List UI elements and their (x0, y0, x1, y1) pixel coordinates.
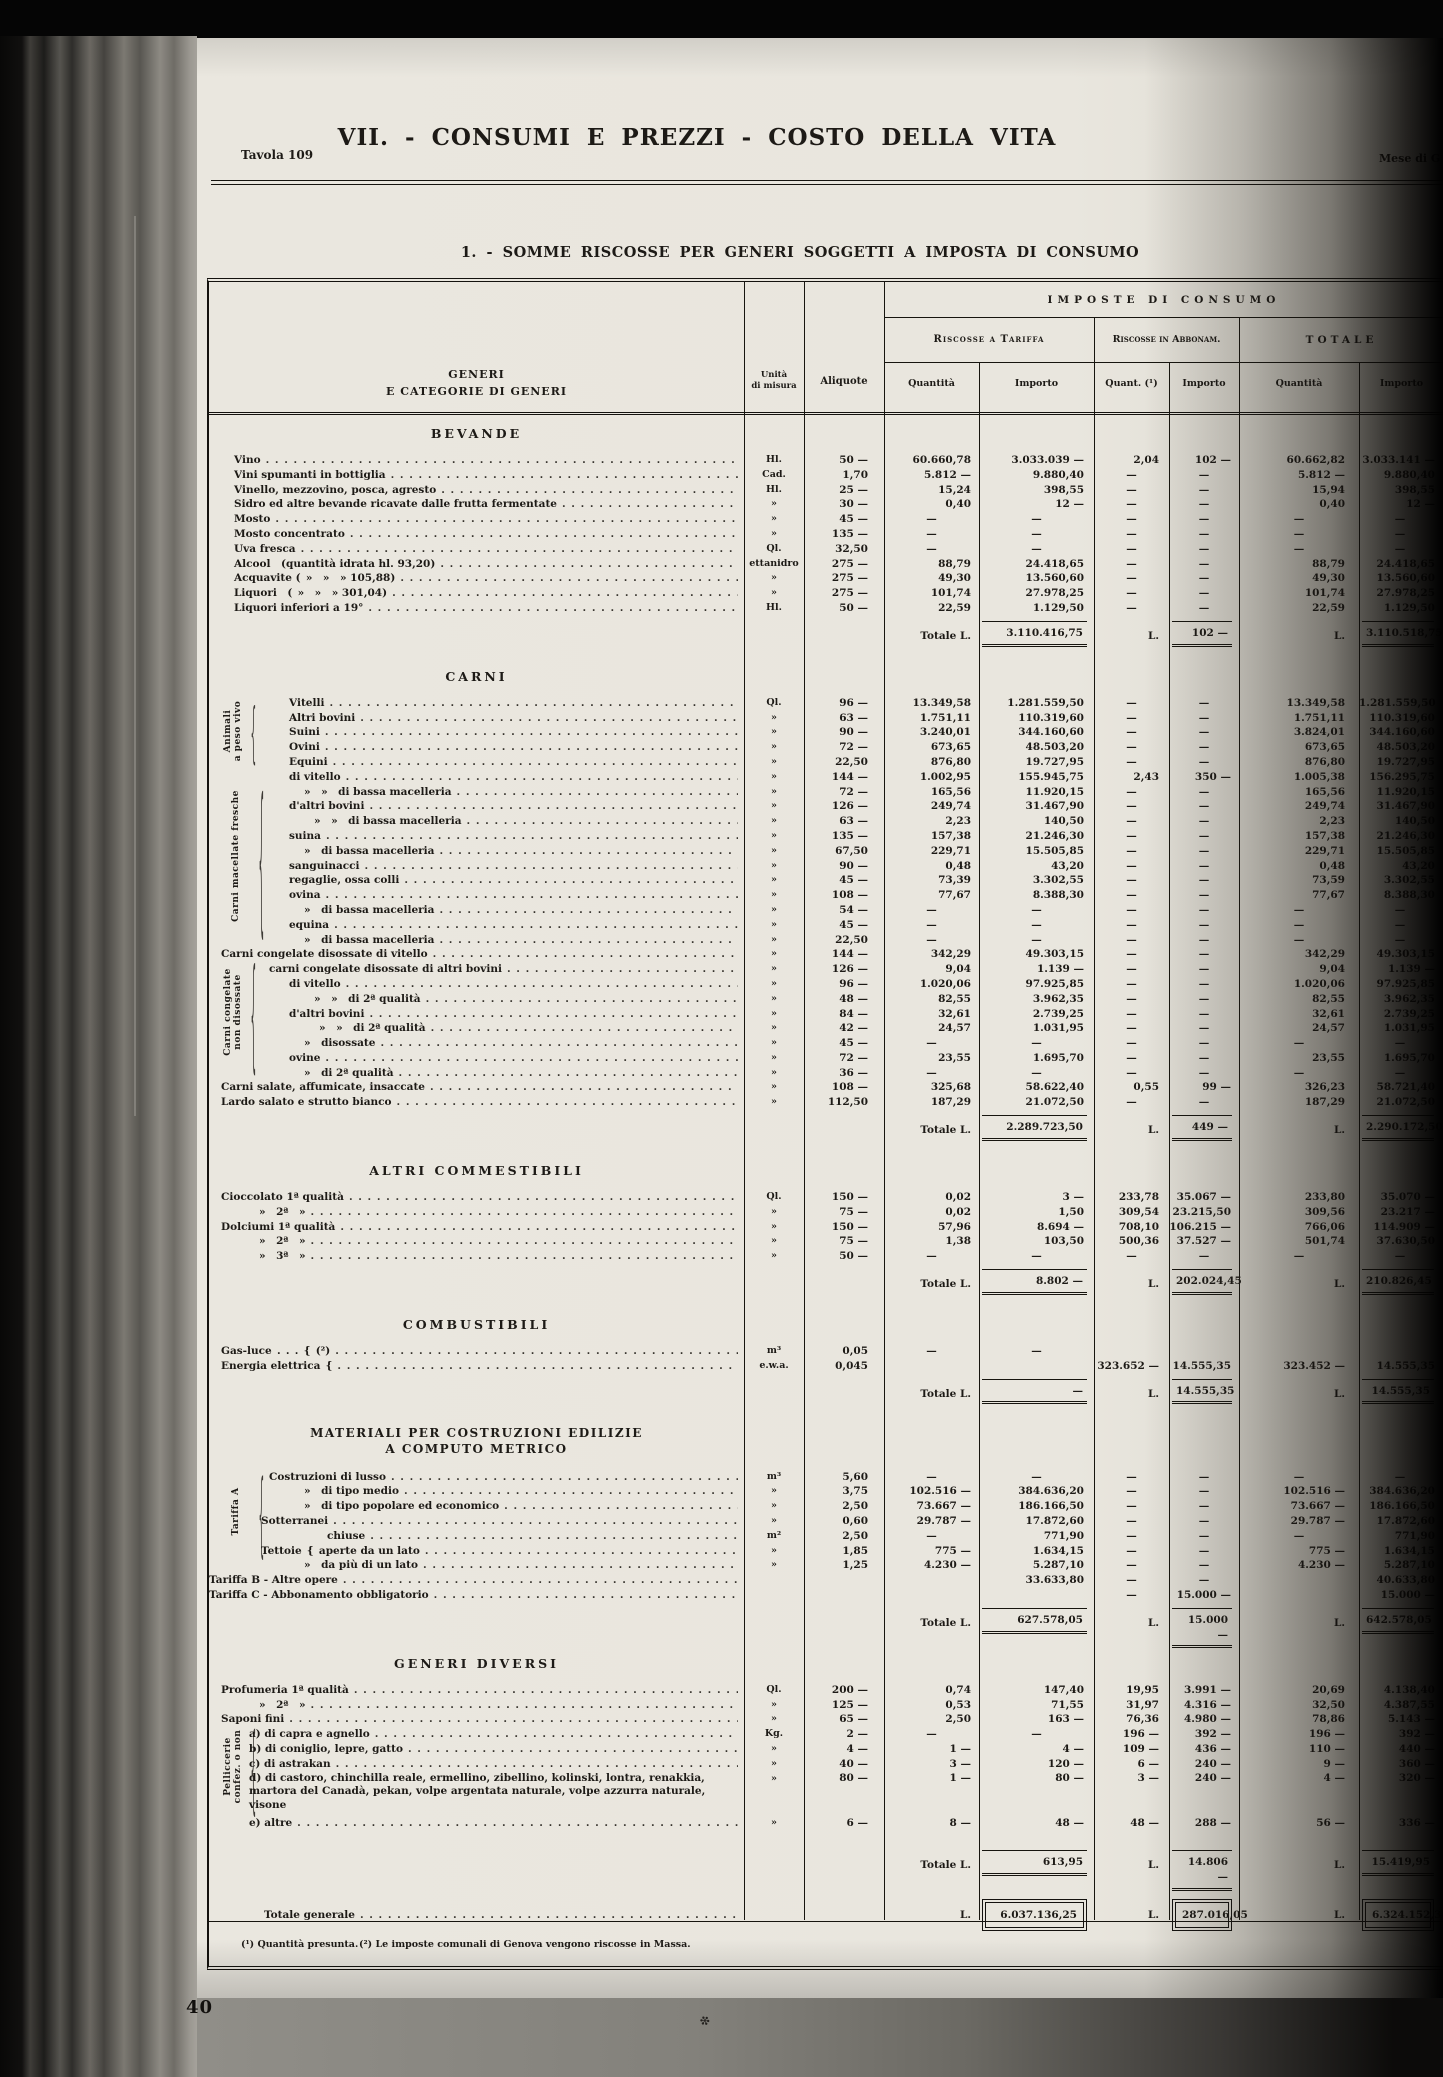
c: 29.787 — (884, 1514, 979, 1529)
c: — (884, 933, 979, 948)
table-row: » di 2ª qualità. . . . . . . . . . . . .… (209, 1066, 1443, 1081)
c: 3.962,35 (979, 992, 1094, 1007)
table-row: e) altre. . . . . . . . . . . . . . . . … (209, 1816, 1443, 1831)
c: » di bassa macelleria. . . . . . . . . .… (209, 903, 744, 918)
c: — (884, 918, 979, 933)
c: 0,48 (1239, 859, 1359, 874)
c: — (979, 512, 1094, 527)
c: 75 — (804, 1234, 884, 1249)
c: — (1169, 696, 1239, 711)
c: — (1359, 512, 1441, 527)
c: — (1169, 725, 1239, 740)
c: Alcool (quantità idrata hl. 93,20). . . … (209, 557, 744, 572)
c: — (1094, 527, 1169, 542)
group-brace: { (259, 760, 265, 954)
c: 144 — (804, 770, 884, 785)
c: 23,55 (1239, 1051, 1359, 1066)
c: 97.925,85 (979, 977, 1094, 992)
ldr: . . . . . . . . . . . . . . . . . . . . … (365, 859, 738, 874)
c: » 2ª ». . . . . . . . . . . . . . . . . … (209, 1698, 744, 1713)
c (884, 1573, 979, 1588)
c: 12 — (979, 497, 1094, 512)
c: 48 — (979, 1816, 1094, 1831)
table-row: Tariffa B - Altre opere. . . . . . . . .… (209, 1573, 1443, 1588)
c: 200 — (804, 1683, 884, 1698)
c: 73,59 (1239, 873, 1359, 888)
c: d'altri bovini. . . . . . . . . . . . . … (209, 799, 744, 814)
c: 876,80 (1239, 755, 1359, 770)
c: 15.419,95 (1359, 1850, 1441, 1876)
c: — (1169, 512, 1239, 527)
c: — (1169, 557, 1239, 572)
c: — (1094, 829, 1169, 844)
table-row: Carni congelate disossate di vitello. . … (209, 947, 1443, 962)
c: — (1169, 1249, 1239, 1264)
lt: Acquavite ( » » » 105,88) (234, 571, 395, 586)
table-row: Mosto. . . . . . . . . . . . . . . . . .… (209, 512, 1443, 527)
table-row: Alcool (quantità idrata hl. 93,20). . . … (209, 557, 1443, 572)
c: 19.727,95 (979, 755, 1094, 770)
c: » (744, 888, 804, 903)
c: 25 — (804, 483, 884, 498)
lt: » » di bassa macelleria (314, 814, 462, 829)
c: — (1169, 903, 1239, 918)
c: ovine. . . . . . . . . . . . . . . . . .… (209, 1051, 744, 1066)
table-row: d'altri bovini. . . . . . . . . . . . . … (209, 1007, 1443, 1022)
ldr: . . . . . . . . . . . . . . . . . . . . … (507, 962, 738, 977)
c: 72 — (804, 785, 884, 800)
c: Equini. . . . . . . . . . . . . . . . . … (209, 755, 744, 770)
lt: ovina (289, 888, 321, 903)
c: — (1169, 1573, 1239, 1588)
table-row: » da più di un lato. . . . . . . . . . .… (209, 1558, 1443, 1573)
lt: ovine (289, 1051, 320, 1066)
c: » (744, 1021, 804, 1036)
group-header-imposte: IMPOSTE DI CONSUMO (884, 294, 1443, 306)
c: 6.037.136,25 (979, 1900, 1094, 1928)
c: carni congelate disossate di altri bovin… (209, 962, 744, 977)
c: — (1169, 483, 1239, 498)
c: 33.633,80 (979, 1573, 1094, 1588)
lt: » di 2ª qualità (304, 1066, 394, 1081)
table-row: Tettoie { aperte da un lato. . . . . . .… (209, 1544, 1443, 1559)
c: » da più di un lato. . . . . . . . . . .… (209, 1558, 744, 1573)
c: — (1169, 1544, 1239, 1559)
subheader-quantita-tariffa: Quantità (884, 378, 979, 389)
table-row: di vitello. . . . . . . . . . . . . . . … (209, 977, 1443, 992)
c: 1.139 — (1359, 962, 1441, 977)
c: 5.143 — (1359, 1712, 1441, 1727)
table-row: » 2ª ». . . . . . . . . . . . . . . . . … (209, 1234, 1443, 1249)
c: — (1094, 918, 1169, 933)
gbox: 287.016,05 (1175, 1902, 1229, 1928)
c: 3.033.039 — (979, 453, 1094, 468)
c: 40 — (804, 1757, 884, 1772)
c: Totale L. (884, 621, 979, 644)
ldr: . . . . . . . . . . . . . . . . . . . . … (439, 933, 738, 948)
c: 9,04 (1239, 962, 1359, 977)
c: 73.667 — (1239, 1499, 1359, 1514)
c: — (1094, 1558, 1169, 1573)
c: 125 — (804, 1698, 884, 1713)
c: — (1094, 947, 1169, 962)
c: » » di bassa macelleria. . . . . . . . .… (209, 814, 744, 829)
c: Ql. (744, 542, 804, 557)
c: — (1169, 1470, 1239, 1485)
c: — (884, 512, 979, 527)
lt: Sotterranei (261, 1514, 328, 1529)
c: 27.978,25 (979, 586, 1094, 601)
group-brace: { (251, 1710, 257, 1825)
c: 32,50 (804, 542, 884, 557)
c: — (1169, 586, 1239, 601)
c: 240 — (1169, 1757, 1239, 1772)
table-row: Equini. . . . . . . . . . . . . . . . . … (209, 755, 1443, 770)
c: Tariffa C - Abbonamento obbligatorio. . … (209, 1588, 744, 1603)
c: — (1359, 1249, 1441, 1264)
c: 102 — (1169, 453, 1239, 468)
c: 72 — (804, 740, 884, 755)
c: — (1169, 740, 1239, 755)
c: 75 — (804, 1205, 884, 1220)
lt: Energia elettrica { (221, 1359, 332, 1374)
c: — (1094, 725, 1169, 740)
c: m² (744, 1529, 804, 1544)
c: 48.503,20 (1359, 740, 1441, 755)
c (1239, 1588, 1359, 1603)
c: — (1359, 527, 1441, 542)
ldr: . . . . . . . . . . . . . . . . . . . . … (441, 483, 738, 498)
lt: Liquori ( » » » 301,04) (234, 586, 387, 601)
c: — (1094, 755, 1169, 770)
c: Uva fresca. . . . . . . . . . . . . . . … (209, 542, 744, 557)
table-row: Dolciumi 1ª qualità. . . . . . . . . . .… (209, 1220, 1443, 1235)
c: 17.872,60 (1359, 1514, 1441, 1529)
ldr: . . . . . . . . . . . . . . . . . . . . … (301, 542, 738, 557)
c: — (1094, 1095, 1169, 1110)
c: 58.721,40 (1359, 1080, 1441, 1095)
c: 101,74 (1239, 586, 1359, 601)
table-row: Acquavite ( » » » 105,88). . . . . . . .… (209, 571, 1443, 586)
c: — (1359, 1036, 1441, 1051)
c: — (1094, 512, 1169, 527)
lt: » » di bassa macelleria (304, 785, 452, 800)
c: 48 — (1094, 1816, 1169, 1831)
c: 144 — (804, 947, 884, 962)
c: 22,50 (804, 755, 884, 770)
c: 287.016,05 (1169, 1900, 1239, 1928)
c: » (744, 1514, 804, 1529)
c: 49.303,15 (979, 947, 1094, 962)
c: — (1094, 586, 1169, 601)
lt: Vino (234, 453, 261, 468)
c: 6 — (1094, 1757, 1169, 1772)
c: 771,90 (979, 1529, 1094, 1544)
c: 80 — (804, 1772, 884, 1817)
c: — (1094, 1021, 1169, 1036)
c: 24.418,65 (1359, 557, 1441, 572)
c: 112,50 (804, 1095, 884, 1110)
c: 60.660,78 (884, 453, 979, 468)
group-brace: { (259, 1457, 265, 1567)
c: — (1094, 888, 1169, 903)
c: » (744, 903, 804, 918)
tbox: 202.024,45 (1172, 1269, 1232, 1295)
c: 57,96 (884, 1220, 979, 1235)
c: 20,69 (1239, 1683, 1359, 1698)
c: 156.295,75 (1359, 770, 1441, 785)
table-row: » » di bassa macelleria. . . . . . . . .… (209, 814, 1443, 829)
c: 0,40 (884, 497, 979, 512)
group-header-abbonam: Riscosse in Abbonam. (1094, 334, 1239, 345)
c: » (744, 1742, 804, 1757)
c: — (1094, 859, 1169, 874)
ldr: . . . . . . . . . . . . . . . . . . . . … (425, 1544, 738, 1559)
c: — (979, 918, 1094, 933)
c: » (744, 586, 804, 601)
lt: Vini spumanti in bottiglia (234, 468, 386, 483)
group-label: Carni congelatenon disossate (223, 945, 243, 1079)
ldr: . . . . . . . . . . . . . . . . . . . . … (397, 1095, 738, 1110)
c: 140,50 (979, 814, 1094, 829)
ldr: . . . . . . . . . . . . . . . . . . . . … (340, 1220, 738, 1235)
c: — (1239, 1036, 1359, 1051)
c: 3.824,01 (1239, 725, 1359, 740)
c: — (1094, 903, 1169, 918)
lt: » 3ª » (259, 1249, 306, 1264)
c: 37.630,50 (1359, 1234, 1441, 1249)
c: 15.505,85 (1359, 844, 1441, 859)
c: — (1169, 1066, 1239, 1081)
c: Totale L. (884, 1269, 979, 1292)
c (744, 1573, 804, 1588)
c: 3.962,35 (1359, 992, 1441, 1007)
section-total-row: Totale L.8.802 —L.202.024,45L.210.826,45 (209, 1264, 1443, 1306)
c: 80 — (979, 1772, 1094, 1817)
c: — (979, 1727, 1094, 1742)
c: 2,04 (1094, 453, 1169, 468)
c: 876,80 (884, 755, 979, 770)
ldr: . . . . . . . . . . . . . . . . . . . . … (289, 1712, 738, 1727)
stl: MATERIALI PER COSTRUZIONI EDILIZIE (209, 1425, 744, 1441)
c: 673,65 (1239, 740, 1359, 755)
c: — (1094, 1588, 1169, 1603)
c: 110.319,60 (1359, 711, 1441, 726)
c: 73.667 — (884, 1499, 979, 1514)
c: 3.991 — (1169, 1683, 1239, 1698)
c: Vitelli. . . . . . . . . . . . . . . . .… (209, 696, 744, 711)
section-total-row: Totale L.2.289.723,50L.449 —L.2.290.172,… (209, 1110, 1443, 1152)
c: » di bassa macelleria. . . . . . . . . .… (209, 844, 744, 859)
section-title: GENERI DIVERSI (209, 1645, 744, 1683)
lt: di vitello (289, 770, 341, 785)
ldr: . . . . . . . . . . . . . . . . . . . . … (275, 512, 738, 527)
c: 77,67 (1239, 888, 1359, 903)
ldr: . . . . . . . . . . . . . . . . . . . . … (325, 740, 738, 755)
c: 5.812 — (1239, 468, 1359, 483)
c: 2.739,25 (979, 1007, 1094, 1022)
c: 109 — (1094, 1742, 1169, 1757)
c: Vini spumanti in bottiglia. . . . . . . … (209, 468, 744, 483)
lt: Uva fresca (234, 542, 296, 557)
table-row: regaglie, ossa colli. . . . . . . . . . … (209, 873, 1443, 888)
c: » (744, 873, 804, 888)
c: — (1169, 1499, 1239, 1514)
c: 14.555,35 (1169, 1379, 1239, 1405)
ldr: . . . . . . . . . . . . . . . . . . . . … (360, 1908, 738, 1923)
table-row: Energia elettrica {. . . . . . . . . . .… (209, 1359, 1443, 1374)
table-row: Uva fresca. . . . . . . . . . . . . . . … (209, 542, 1443, 557)
c: 24,57 (884, 1021, 979, 1036)
c: 4.316 — (1169, 1698, 1239, 1713)
c: 17.872,60 (979, 1514, 1094, 1529)
c: Carni salate, affumicate, insaccate. . .… (209, 1080, 744, 1095)
mese-label: Mese di Gen (1379, 152, 1441, 165)
c: 1.129,50 (979, 601, 1094, 616)
c: 50 — (804, 1249, 884, 1264)
c: L. (1239, 1900, 1359, 1923)
lt: Ovini (289, 740, 320, 755)
c: 708,10 (1094, 1220, 1169, 1235)
c: 48.503,20 (979, 740, 1094, 755)
c: » 3ª ». . . . . . . . . . . . . . . . . … (209, 1249, 744, 1264)
table-row: equina. . . . . . . . . . . . . . . . . … (209, 918, 1443, 933)
ldr: . . . . . . . . . . . . . . . . . . . . … (430, 1080, 738, 1095)
c: » (744, 755, 804, 770)
c: 13.349,58 (884, 696, 979, 711)
c: 0,53 (884, 1698, 979, 1713)
c: 2.289.723,50 (979, 1115, 1094, 1141)
c: 3.033.141 — (1359, 453, 1441, 468)
ldr: . . . . . . . . . . . . . . . . . . . . … (426, 992, 738, 1007)
c: 23,55 (884, 1051, 979, 1066)
c: — (1169, 992, 1239, 1007)
c: — (1094, 962, 1169, 977)
c: 99 — (1169, 1080, 1239, 1095)
c: — (1169, 1558, 1239, 1573)
table-row: » di tipo medio. . . . . . . . . . . . .… (209, 1484, 1443, 1499)
c: — (884, 903, 979, 918)
c: 31.467,90 (1359, 799, 1441, 814)
c: — (1239, 903, 1359, 918)
c: chiuse. . . . . . . . . . . . . . . . . … (209, 1529, 744, 1544)
c: — (1169, 527, 1239, 542)
c: 210.826,45 (1359, 1269, 1441, 1295)
c: » (744, 571, 804, 586)
ldr: . . . . . . . . . . . . . . . . . . . . … (337, 1359, 738, 1374)
table-row: » di bassa macelleria. . . . . . . . . .… (209, 933, 1443, 948)
scanner-bottom-band (197, 1998, 1443, 2077)
lt: d'altri bovini (289, 1007, 364, 1022)
c: Altri bovini. . . . . . . . . . . . . . … (209, 711, 744, 726)
c: 240 — (1169, 1772, 1239, 1817)
c: » (744, 1220, 804, 1235)
c: L. (1094, 1850, 1169, 1873)
c: » 2ª ». . . . . . . . . . . . . . . . . … (209, 1234, 744, 1249)
sl: Animali (223, 695, 233, 767)
c: — (1094, 1066, 1169, 1081)
c: 342,29 (1239, 947, 1359, 962)
c: 1.695,70 (979, 1051, 1094, 1066)
c: 106.215 — (1169, 1220, 1239, 1235)
c: 4 — (979, 1742, 1094, 1757)
c: 163 — (979, 1712, 1094, 1727)
c: 42 — (804, 1021, 884, 1036)
column-header-unita: Unità di misura (744, 370, 804, 392)
header-line: di misura (744, 381, 804, 392)
c: 1.020,06 (884, 977, 979, 992)
c: 6 — (804, 1816, 884, 1831)
c: 3.110.518,75 (1359, 621, 1441, 647)
c: 97.925,85 (1359, 977, 1441, 992)
c: Liquori inferiori a 19°. . . . . . . . .… (209, 601, 744, 616)
c: 4 — (804, 1742, 884, 1757)
c: Tettoie { aperte da un lato. . . . . . .… (209, 1544, 744, 1559)
c: — (1169, 785, 1239, 800)
c: — (884, 527, 979, 542)
c: 88,79 (1239, 557, 1359, 572)
table-row: Tariffa C - Abbonamento obbligatorio. . … (209, 1588, 1443, 1603)
table-row: Liquori ( » » » 301,04). . . . . . . . .… (209, 586, 1443, 601)
c: — (979, 527, 1094, 542)
lt: » di bassa macelleria (304, 844, 434, 859)
c: — (1169, 873, 1239, 888)
c: — (884, 1727, 979, 1742)
ldr: . . . . . . . . . . . . . . . . . . . . … (334, 918, 738, 933)
c: — (1169, 1529, 1239, 1544)
c: 37.527 — (1169, 1234, 1239, 1249)
c: — (1169, 601, 1239, 616)
lt: equina (289, 918, 329, 933)
c: 15,94 (1239, 483, 1359, 498)
c: — (1094, 1544, 1169, 1559)
c: » (744, 1234, 804, 1249)
c (804, 1573, 884, 1588)
c: 9.880,40 (1359, 468, 1441, 483)
c: 1.129,50 (1359, 601, 1441, 616)
c: — (1094, 977, 1169, 992)
c: — (979, 1344, 1094, 1359)
lt: a) di capra e agnello (249, 1727, 370, 1742)
c: di vitello. . . . . . . . . . . . . . . … (209, 977, 744, 992)
footnote-1: (¹) Quantità presunta. (241, 1939, 358, 1950)
ldr: . . . . . . . . . . . . . . . . . . . . … (297, 1816, 738, 1831)
c: — (1094, 483, 1169, 498)
title-rule (211, 180, 1443, 185)
c: 120 — (979, 1757, 1094, 1772)
c: 49.303,15 (1359, 947, 1441, 962)
c: — (1359, 542, 1441, 557)
tbox: 2.290.172,50 (1362, 1115, 1434, 1141)
c: 1.139 — (979, 962, 1094, 977)
c: Ql. (744, 696, 804, 711)
c: 2,43 (1094, 770, 1169, 785)
c: a) di capra e agnello. . . . . . . . . .… (209, 1727, 744, 1742)
c: ovina. . . . . . . . . . . . . . . . . .… (209, 888, 744, 903)
c: 102.516 — (1239, 1484, 1359, 1499)
c: 13.560,60 (1359, 571, 1441, 586)
table-row: Mosto concentrato. . . . . . . . . . . .… (209, 527, 1443, 542)
c: 96 — (804, 977, 884, 992)
c: 63 — (804, 814, 884, 829)
c: 0,02 (884, 1205, 979, 1220)
table-row: » » di 2ª qualità. . . . . . . . . . . .… (209, 992, 1443, 1007)
c: 32,61 (1239, 1007, 1359, 1022)
c: — (1239, 1249, 1359, 1264)
c (744, 1588, 804, 1603)
c: Hl. (744, 453, 804, 468)
c: — (1094, 740, 1169, 755)
